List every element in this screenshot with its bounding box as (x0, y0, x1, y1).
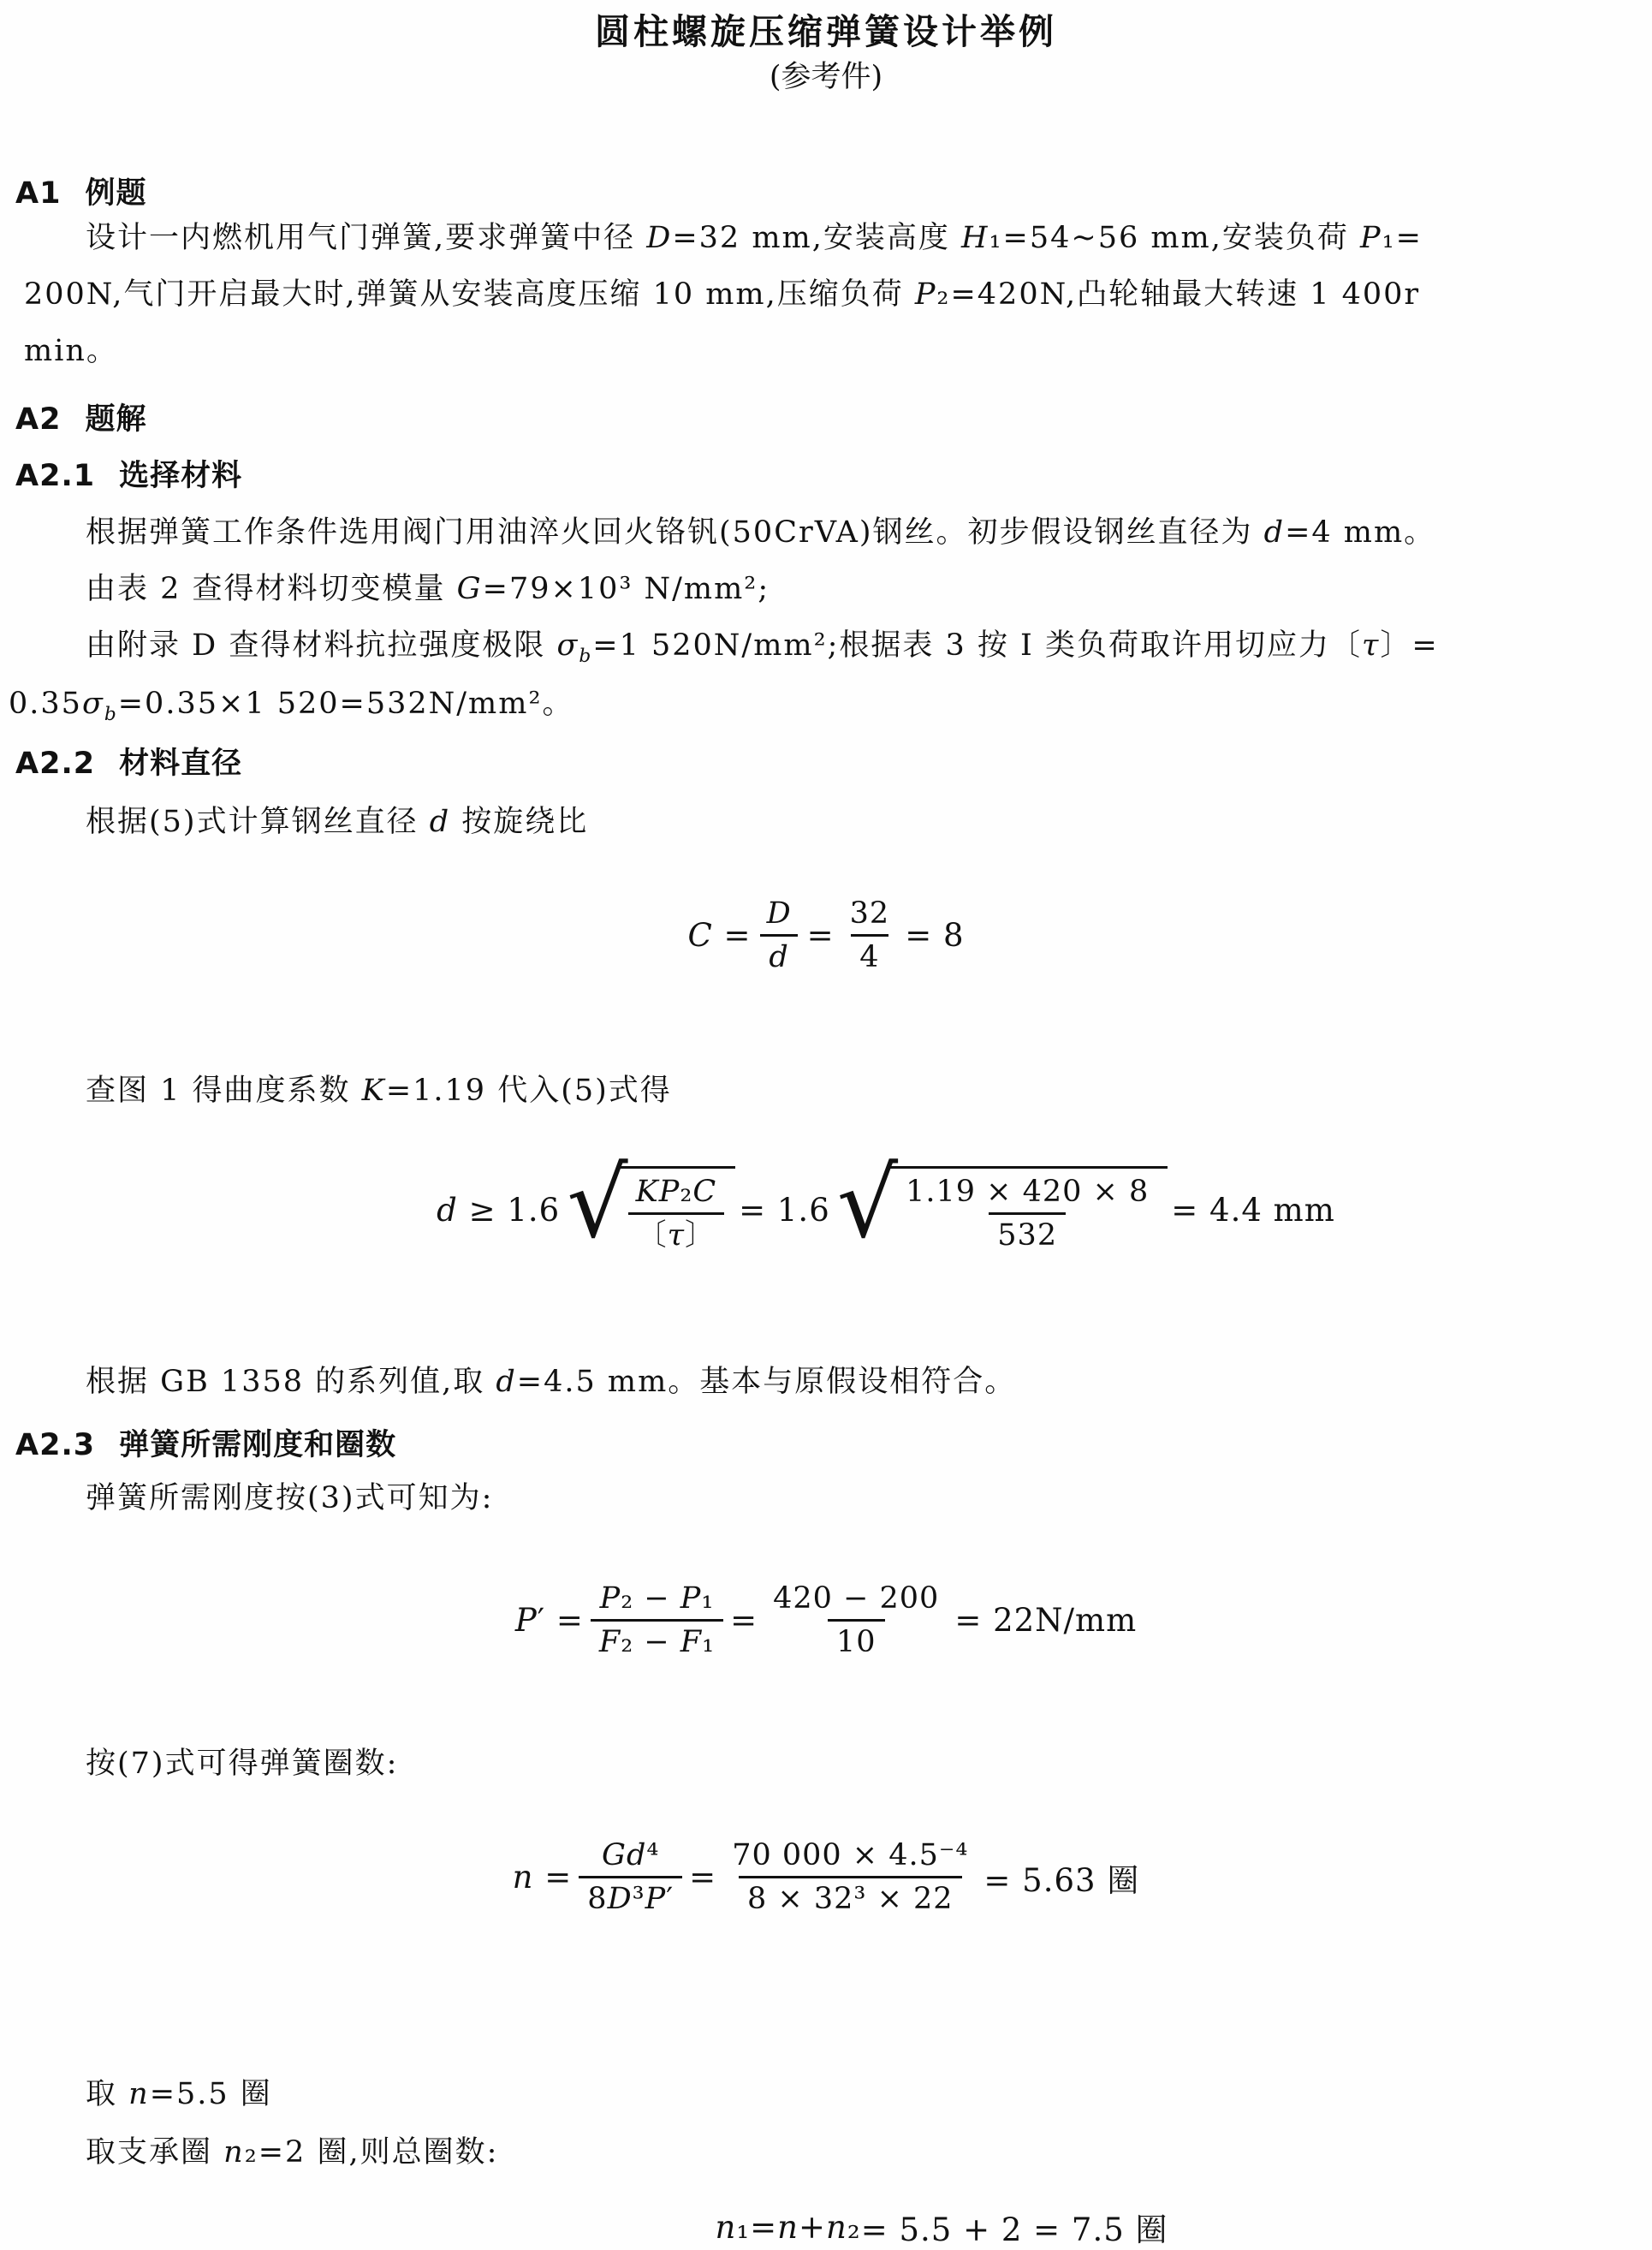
formula-equals: = (807, 917, 835, 954)
formula-equals: = (689, 1859, 716, 1896)
fraction-numerator: D (758, 896, 800, 934)
body-line-stiffness-intro: 弹簧所需刚度按(3)式可知为: (86, 1479, 493, 1519)
fraction-numerator: Gd⁴ (593, 1837, 668, 1876)
body-line-coils-intro: 按(7)式可得弹簧圈数: (86, 1745, 398, 1784)
formula-total-coils-line: n₁ = n + n₂ = 5.5 + 2 = 7.5 圈 (715, 2204, 1168, 2250)
formula-result: = 4.4 mm (1171, 1192, 1335, 1229)
formula-equals: = (730, 1602, 758, 1639)
fraction-denominator: F₂ − F₁ (591, 1619, 723, 1660)
section-label: 弹簧所需刚度和圈数 (119, 1428, 396, 1462)
body-line-material-selection: 根据弹簧工作条件选用阀门用油淬火回火铬钒(50CrVA)钢丝。初步假设钢丝直径为… (86, 514, 1435, 553)
section-number: A2 (15, 402, 61, 437)
fraction-numerator: 32 (841, 896, 899, 934)
section-a2-3-heading: A2.3弹簧所需刚度和圈数 (15, 1421, 396, 1464)
section-a2-1-heading: A2.1选择材料 (15, 452, 242, 495)
section-a2-heading: A2题解 (15, 396, 146, 438)
formula-result: = 8 (905, 917, 964, 954)
section-number: A2.2 (15, 747, 95, 781)
fraction-denominator: 8D³P′ (579, 1876, 682, 1917)
section-label: 选择材料 (119, 459, 242, 493)
fraction: 32 4 (841, 896, 899, 976)
formula-lhs: n = (513, 1859, 573, 1896)
fraction-denominator: 〔τ〕 (628, 1212, 724, 1253)
fraction: 420 − 200 10 (764, 1580, 948, 1661)
body-line-load-requirements: 200N,气门开启最大时,弹簧从安装高度压缩 10 mm,压缩负荷 P₂=420… (24, 276, 1420, 315)
fraction: KP₂C 〔τ〕 (627, 1174, 726, 1254)
fraction-denominator: 4 (851, 934, 888, 975)
document-title: 圆柱螺旋压缩弹簧设计举例 (0, 3, 1652, 54)
fraction-denominator: 8 × 32³ × 22 (739, 1876, 962, 1917)
body-line-wire-diameter-intro: 根据(5)式计算钢丝直径 d 按旋绕比 (86, 803, 588, 842)
fraction: P₂ − P₁ F₂ − F₁ (591, 1580, 723, 1661)
fraction-numerator: 70 000 × 4.5⁻⁴ (723, 1837, 977, 1876)
body-line-series-value: 根据 GB 1358 的系列值,取 d=4.5 mm。基本与原假设相符合。 (86, 1363, 1016, 1402)
fraction-numerator: 420 − 200 (764, 1580, 948, 1619)
section-label: 材料直径 (119, 747, 242, 781)
body-line-take-n: 取 n=5.5 圈 (86, 2075, 272, 2115)
fraction: 70 000 × 4.5⁻⁴ 8 × 32³ × 22 (723, 1837, 977, 1918)
section-a1-heading: A1例题 (15, 170, 146, 212)
formula-result: = 5.63 圈 (983, 1854, 1139, 1901)
body-line-curvature-factor: 查图 1 得曲度系数 K=1.19 代入(5)式得 (86, 1072, 672, 1111)
square-root: √ 1.19 × 420 × 8 532 (837, 1166, 1168, 1254)
formula-spring-index: C = D d = 32 4 = 8 (0, 896, 1652, 976)
formula-result: = 22N/mm (954, 1602, 1137, 1639)
body-line-tensile-strength: 由附录 D 查得材料抗拉强度极限 σb=1 520N/mm²;根据表 3 按 I… (86, 627, 1439, 669)
body-line-min: min。 (24, 332, 118, 372)
scanned-document-page: 圆柱螺旋压缩弹簧设计举例 (参考件) A1例题 设计一内燃机用气门弹簧,要求弹簧… (0, 0, 1652, 2250)
fraction: Gd⁴ 8D³P′ (579, 1837, 682, 1918)
formula-stiffness: P′ = P₂ − P₁ F₂ − F₁ = 420 − 200 10 = 22… (0, 1580, 1652, 1661)
fraction-numerator: 1.19 × 420 × 8 (897, 1174, 1157, 1212)
section-label: 例题 (85, 176, 146, 211)
fraction-denominator: d (760, 934, 797, 975)
fraction-denominator: 10 (828, 1619, 885, 1660)
section-a2-2-heading: A2.2材料直径 (15, 740, 242, 783)
section-number: A2.3 (15, 1428, 95, 1462)
fraction-numerator: P₂ − P₁ (591, 1580, 723, 1619)
fraction: D d (758, 896, 800, 976)
formula-wire-diameter: d ≥ 1.6 √ KP₂C 〔τ〕 = 1.6 √ 1.19 × 420 × … (60, 1166, 1652, 1254)
formula-lhs: C = (687, 917, 751, 954)
formula-lhs: d ≥ 1.6 (437, 1192, 560, 1229)
fraction-numerator: KP₂C (627, 1174, 726, 1212)
square-root: √ KP₂C 〔τ〕 (567, 1166, 735, 1254)
section-label: 题解 (85, 402, 146, 437)
fraction-denominator: 532 (989, 1212, 1066, 1253)
formula-lhs: P′ = (515, 1602, 584, 1639)
section-number: A2.1 (15, 459, 95, 493)
body-line-shear-modulus: 由表 2 查得材料切变模量 G=79×10³ N/mm²; (86, 570, 770, 610)
formula-total-coils: n₁ = n + n₂ = 5.5 + 2 = 7.5 圈 (116, 2204, 1652, 2250)
formula-equals: = 1.6 (739, 1192, 830, 1229)
section-number: A1 (15, 176, 61, 211)
fraction: 1.19 × 420 × 8 532 (897, 1174, 1157, 1254)
document-subtitle: (参考件) (0, 53, 1652, 96)
body-line-allowable-stress: 0.35σb=0.35×1 520=532N/mm²。 (9, 685, 573, 727)
body-line-support-coils: 取支承圈 n₂=2 圈,则总圈数: (86, 2134, 498, 2173)
body-line-design-requirements: 设计一内燃机用气门弹簧,要求弹簧中径 D=32 mm,安装高度 H₁=54~56… (86, 219, 1423, 259)
formula-number-of-coils: n = Gd⁴ 8D³P′ = 70 000 × 4.5⁻⁴ 8 × 32³ ×… (0, 1837, 1652, 1918)
